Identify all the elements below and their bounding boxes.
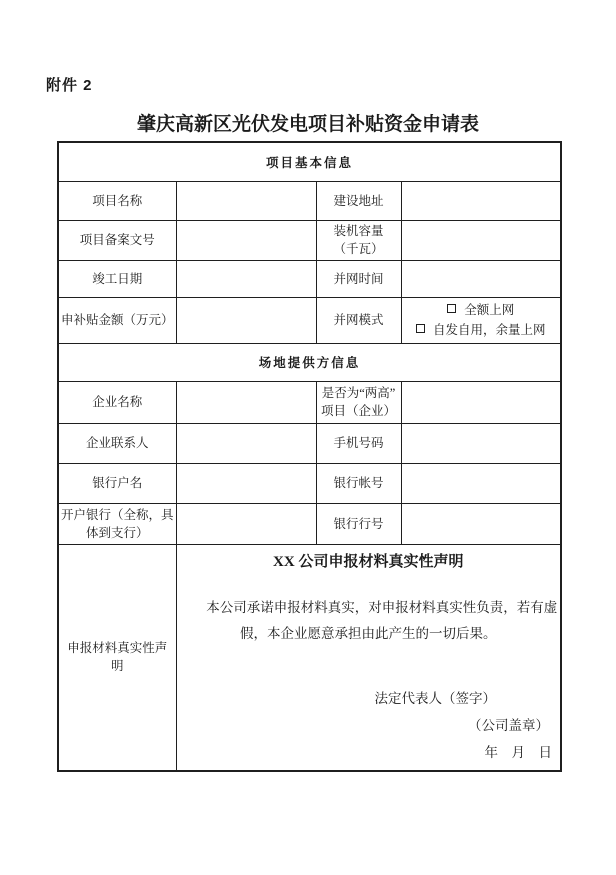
table-row: 项目备案文号 装机容量 （千瓦） — [58, 220, 561, 260]
value-subsidy-amount[interactable] — [176, 297, 316, 343]
label-mobile-number: 手机号码 — [316, 423, 401, 463]
document-page: 附件 2 肇庆高新区光伏发电项目补贴资金申请表 项目基本信息 项目名称 建设地址… — [0, 0, 616, 875]
label-completion-date: 竣工日期 — [58, 260, 176, 297]
checkbox-full-grid-icon[interactable] — [447, 304, 456, 313]
value-grid-connection-time[interactable] — [401, 260, 561, 297]
value-project-name[interactable] — [176, 181, 316, 220]
value-company-contact[interactable] — [176, 423, 316, 463]
declaration-body: 本公司承诺申报材料真实，对申报材料真实性负责，若有虚假，本企业愿意承担由此产生的… — [178, 595, 560, 647]
attachment-label: 附件 2 — [46, 74, 93, 95]
value-completion-date[interactable] — [176, 260, 316, 297]
label-project-filing-number: 项目备案文号 — [58, 220, 176, 260]
value-two-high-project[interactable] — [401, 381, 561, 423]
declaration-title: XX 公司申报材料真实性声明 — [178, 550, 560, 571]
label-grid-connection-time: 并网时间 — [316, 260, 401, 297]
date-label: 年 月 日 — [178, 739, 560, 766]
page-title: 肇庆高新区光伏发电项目补贴资金申请表 — [0, 109, 616, 136]
table-row: 项目名称 建设地址 — [58, 181, 561, 220]
declaration-cell: XX 公司申报材料真实性声明 本公司承诺申报材料真实，对申报材料真实性负责，若有… — [176, 544, 561, 771]
value-mobile-number[interactable] — [401, 423, 561, 463]
section-header-site-provider: 场地提供方信息 — [58, 343, 561, 381]
section-header-basic-info: 项目基本信息 — [58, 142, 561, 181]
option-self-use-surplus[interactable]: 自发自用，余量上网 — [403, 320, 560, 340]
label-subsidy-amount: 申补贴金额（万元） — [58, 297, 176, 343]
value-construction-address[interactable] — [401, 181, 561, 220]
label-construction-address: 建设地址 — [316, 181, 401, 220]
table-row: 申补贴金额（万元） 并网模式 全额上网 自发自用，余量上网 — [58, 297, 561, 343]
checkbox-self-use-surplus-icon[interactable] — [416, 324, 425, 333]
option-full-grid-label: 全额上网 — [464, 303, 514, 317]
table-row: 开户银行（全称，具 体到支行） 银行行号 — [58, 503, 561, 544]
table-row: 银行户名 银行帐号 — [58, 463, 561, 503]
table-row: 企业联系人 手机号码 — [58, 423, 561, 463]
label-opening-bank: 开户银行（全称，具 体到支行） — [58, 503, 176, 544]
legal-representative-sign-label: 法定代表人（签字） — [178, 685, 560, 712]
declaration-row: 申报材料真实性声 明 XX 公司申报材料真实性声明 本公司承诺申报材料真实，对申… — [58, 544, 561, 771]
label-declaration: 申报材料真实性声 明 — [58, 544, 176, 771]
label-company-name: 企业名称 — [58, 381, 176, 423]
value-bank-branch-number[interactable] — [401, 503, 561, 544]
label-bank-account-number: 银行帐号 — [316, 463, 401, 503]
grid-mode-options-cell: 全额上网 自发自用，余量上网 — [401, 297, 561, 343]
value-company-name[interactable] — [176, 381, 316, 423]
value-installed-capacity[interactable] — [401, 220, 561, 260]
application-form-table: 项目基本信息 项目名称 建设地址 项目备案文号 装机容量 （千瓦） 竣工日期 并… — [57, 141, 562, 772]
value-bank-account-name[interactable] — [176, 463, 316, 503]
label-bank-account-name: 银行户名 — [58, 463, 176, 503]
label-project-name: 项目名称 — [58, 181, 176, 220]
table-row: 竣工日期 并网时间 — [58, 260, 561, 297]
option-full-grid[interactable]: 全额上网 — [403, 300, 560, 320]
section-header-row-basic: 项目基本信息 — [58, 142, 561, 181]
declaration-signature-block: 法定代表人（签字） （公司盖章） 年 月 日 — [178, 685, 560, 766]
label-bank-branch-number: 银行行号 — [316, 503, 401, 544]
value-opening-bank[interactable] — [176, 503, 316, 544]
table-row: 企业名称 是否为“两高” 项目（企业） — [58, 381, 561, 423]
label-two-high-project: 是否为“两高” 项目（企业） — [316, 381, 401, 423]
value-project-filing-number[interactable] — [176, 220, 316, 260]
section-header-row-site: 场地提供方信息 — [58, 343, 561, 381]
option-self-use-surplus-label: 自发自用，余量上网 — [433, 323, 546, 337]
company-seal-label: （公司盖章） — [178, 712, 560, 739]
label-installed-capacity: 装机容量 （千瓦） — [316, 220, 401, 260]
value-bank-account-number[interactable] — [401, 463, 561, 503]
label-grid-mode: 并网模式 — [316, 297, 401, 343]
label-company-contact: 企业联系人 — [58, 423, 176, 463]
